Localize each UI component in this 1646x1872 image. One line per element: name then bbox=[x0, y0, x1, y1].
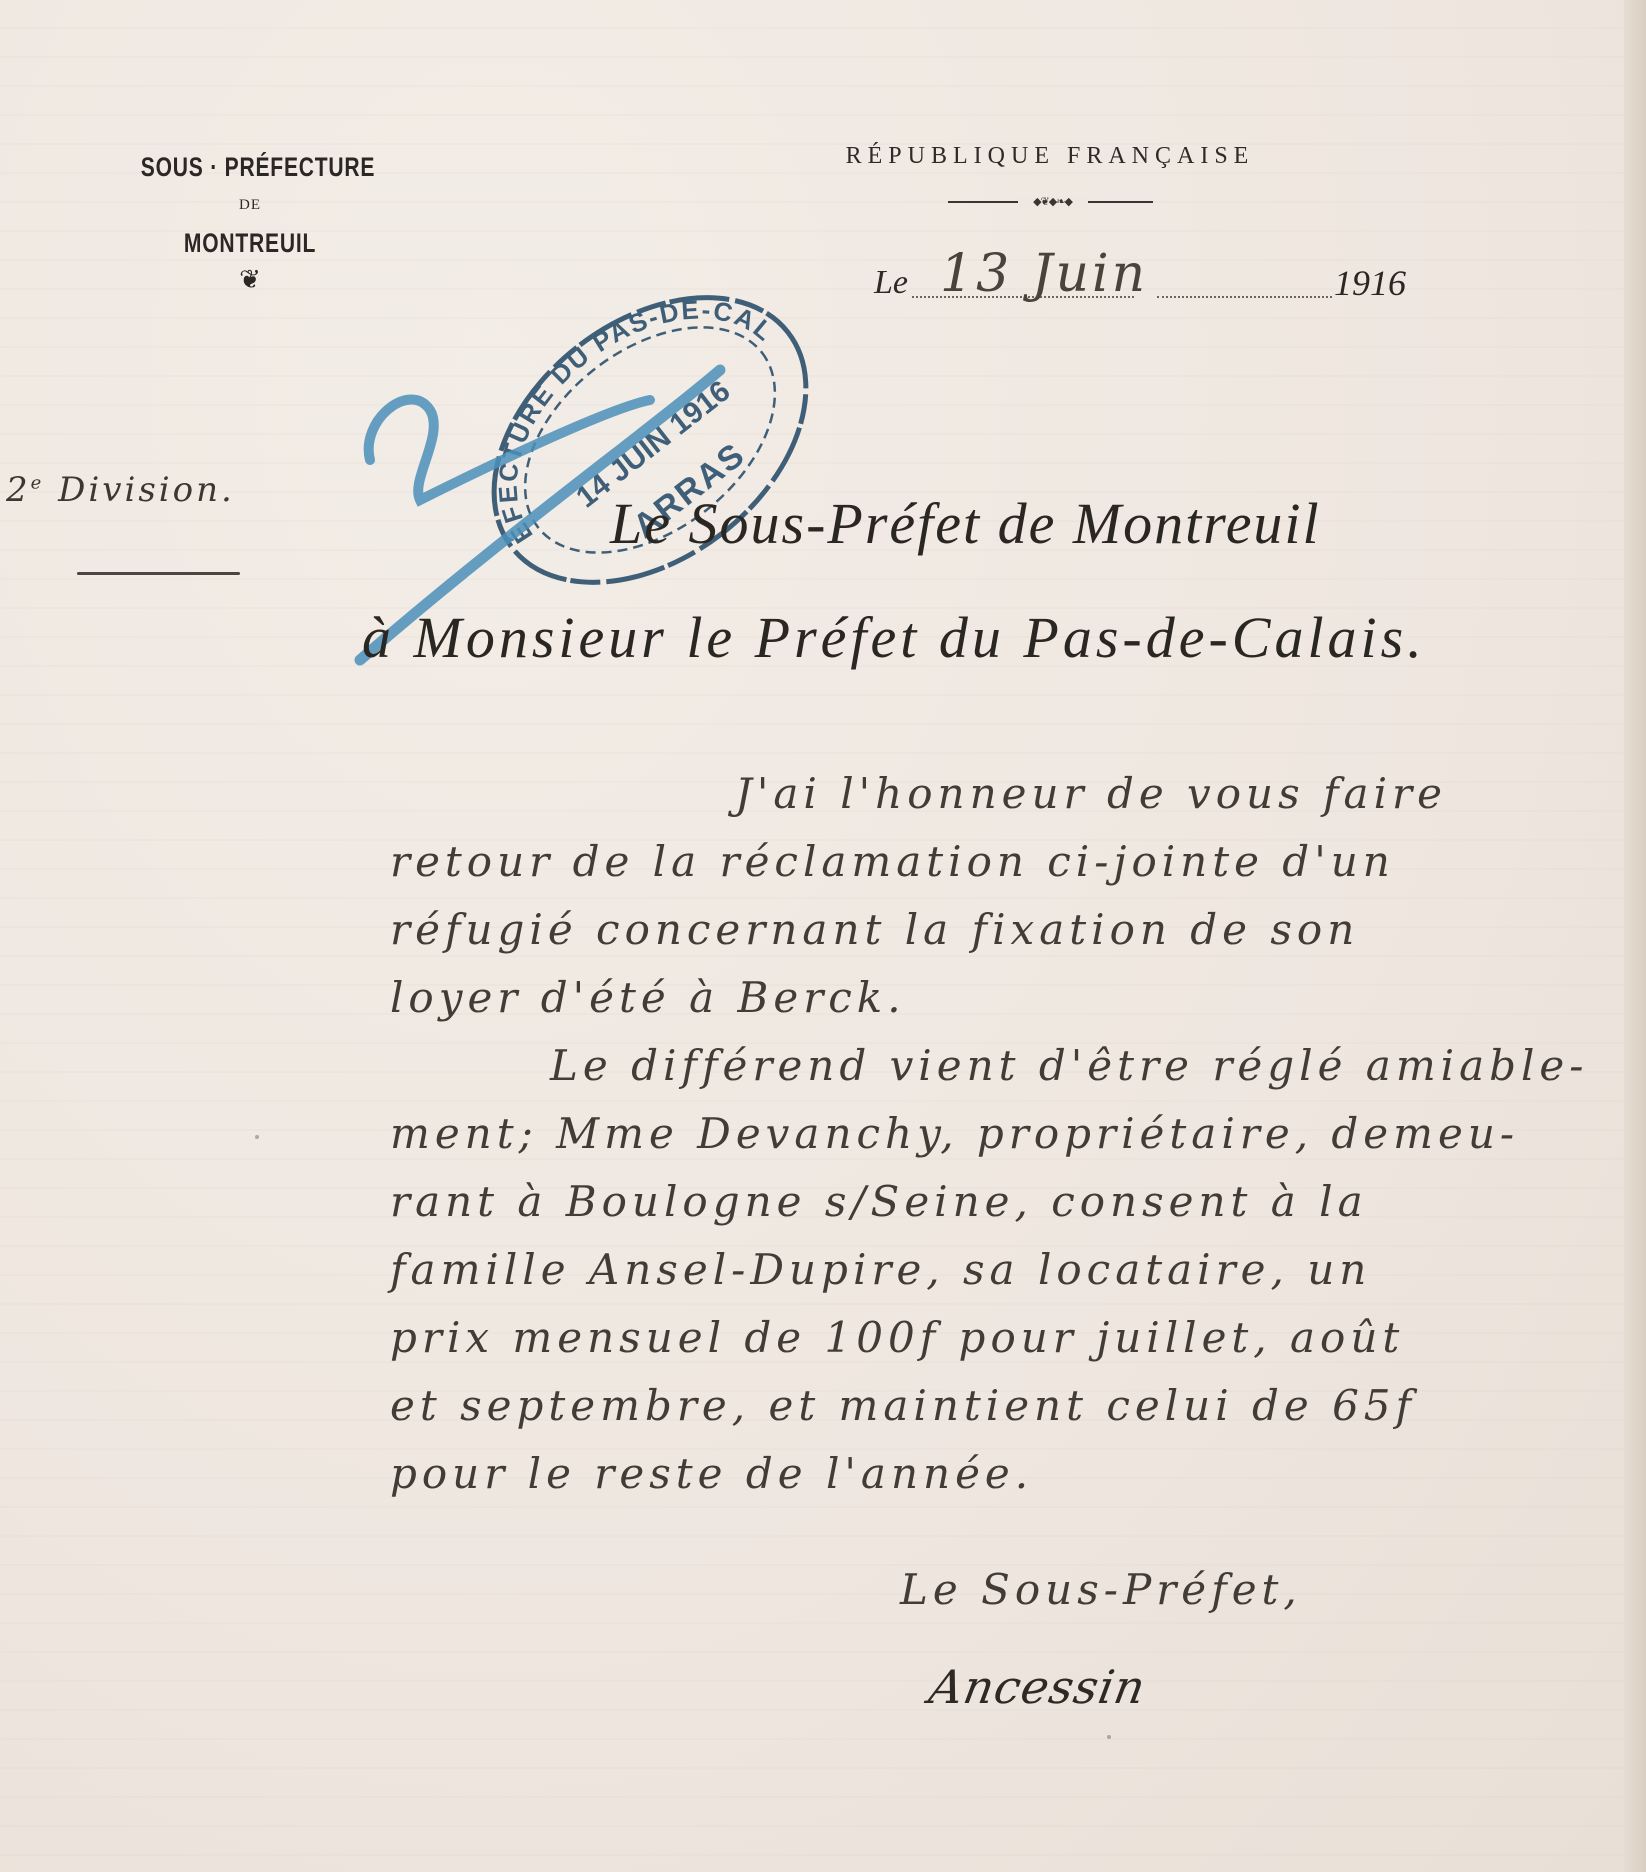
republic-title: RÉPUBLIQUE FRANÇAISE bbox=[760, 143, 1340, 170]
paper-speck bbox=[255, 1135, 259, 1139]
body-line: Le différend vient d'être réglé amiable- bbox=[390, 1032, 1630, 1100]
rule-ornament-icon: ◆❦◆❧◆ bbox=[1018, 196, 1088, 208]
letterhead-office: SOUS · PRÉFECTURE DE MONTREUIL ❦ bbox=[110, 152, 390, 295]
body-line: et septembre, et maintient celui de 65f bbox=[390, 1372, 1630, 1440]
date-line: Le 13 Juin 1916 bbox=[874, 258, 1414, 308]
division-underline bbox=[77, 572, 240, 575]
date-prefix: Le bbox=[874, 264, 908, 302]
letter-body: J'ai l'honneur de vous faire retour de l… bbox=[390, 760, 1630, 1508]
body-line: prix mensuel de 100f pour juillet, août bbox=[390, 1304, 1630, 1372]
body-line: retour de la réclamation ci-jointe d'un bbox=[390, 828, 1630, 896]
office-title: SOUS · PRÉFECTURE bbox=[141, 152, 359, 183]
body-line: ment; Mme Devanchy, propriétaire, demeu- bbox=[390, 1100, 1630, 1168]
date-year: 1916 bbox=[1334, 262, 1406, 304]
recipient-heading: à Monsieur le Préfet du Pas-de-Calais. bbox=[362, 604, 1426, 671]
paper-speck bbox=[1107, 1735, 1111, 1739]
date-handwritten: 13 Juin bbox=[940, 244, 1148, 304]
ornamental-rule: ◆❦◆❧◆ bbox=[948, 196, 1153, 208]
body-line: réfugié concernant la fixation de son bbox=[390, 896, 1630, 964]
office-city: MONTREUIL bbox=[141, 228, 359, 259]
body-line: loyer d'été à Berck. bbox=[390, 964, 1630, 1032]
letterhead-republic: RÉPUBLIQUE FRANÇAISE ◆❦◆❧◆ bbox=[760, 143, 1340, 208]
division-label: 2e Division. bbox=[6, 470, 235, 510]
body-line: pour le reste de l'année. bbox=[390, 1440, 1630, 1508]
division-text: Division. bbox=[58, 470, 235, 510]
body-line: rant à Boulogne s/Seine, consent à la bbox=[390, 1168, 1630, 1236]
body-line: famille Ansel-Dupire, sa locataire, un bbox=[390, 1236, 1630, 1304]
sender-heading: Le Sous-Préfet de Montreuil bbox=[610, 490, 1321, 557]
division-suffix: e bbox=[31, 473, 45, 494]
date-dotted-line bbox=[1157, 296, 1332, 298]
ornament-icon: ❦ bbox=[110, 265, 390, 295]
signature: Ancessin bbox=[925, 1660, 1150, 1714]
division-number: 2 bbox=[6, 470, 31, 510]
closing-title: Le Sous-Préfet, bbox=[900, 1565, 1302, 1614]
body-line: J'ai l'honneur de vous faire bbox=[390, 760, 1630, 828]
office-de: DE bbox=[110, 197, 390, 214]
